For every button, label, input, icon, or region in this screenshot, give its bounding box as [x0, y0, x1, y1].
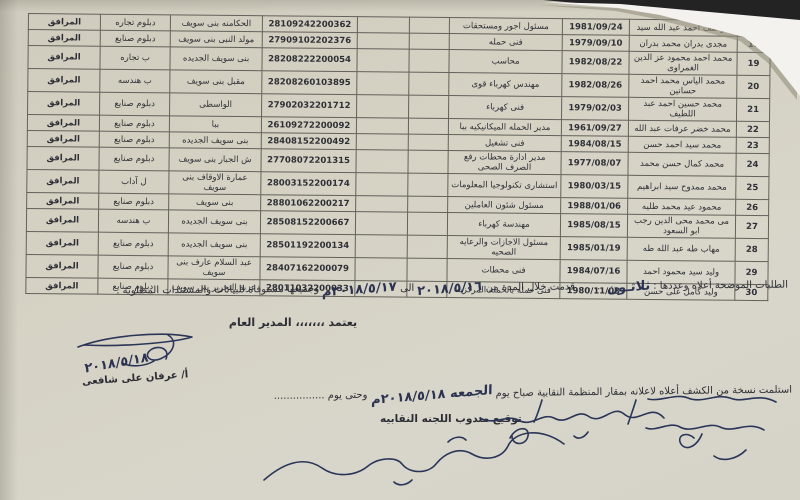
cell-no: 18: [737, 36, 770, 52]
cell-dob: 1984/08/15: [561, 136, 628, 153]
cell-name: محمد ممدوح سيد ابراهيم: [628, 175, 736, 199]
cell-e1: [356, 173, 408, 196]
cell-stamp: المرافق: [28, 69, 100, 93]
cell-no: 22: [736, 121, 769, 137]
cell-job: فنى كهرباء: [449, 96, 562, 120]
cell-addr: الحكامنه بنى سويف: [170, 15, 262, 32]
cell-dob: 1977/08/07: [561, 152, 628, 176]
cell-job: فنى حمله: [449, 34, 562, 51]
cell-e1: [357, 72, 409, 95]
cell-qual: دبلوم صنايع: [99, 131, 169, 148]
summary-dots: ........: [578, 281, 604, 292]
cell-name: محمد حسين احمد عبد اللطيف: [628, 97, 736, 121]
cell-no: 20: [737, 75, 770, 98]
delegate-signature-label: توقيع مندوب اللجنه النقابيه: [380, 413, 522, 425]
cell-stamp: المرافق: [27, 192, 99, 209]
cell-qual: دبلوم صنايع: [98, 232, 168, 256]
cell-e2: [408, 173, 448, 196]
cell-name: محمد سيد احمد حسن: [628, 136, 736, 153]
cell-no: 21: [736, 98, 769, 121]
cell-id: 28801062200217: [261, 195, 356, 212]
cell-qual: دبلوم تجاره: [100, 14, 170, 31]
cell-no: 23: [736, 137, 769, 153]
cell-addr: مقبل بنى سويف: [170, 70, 262, 94]
cell-e1: [355, 235, 407, 258]
cell-dob: 1980/03/15: [561, 175, 628, 199]
cell-stamp: المرافق: [26, 254, 98, 278]
cell-dob: 1981/09/24: [562, 19, 629, 36]
cell-e2: [408, 118, 448, 134]
cell-qual: ل آداب: [99, 170, 169, 194]
cell-dob: 1985/01/19: [560, 237, 627, 261]
cell-name: محمد احمد محمود عز الدين الغمراوى: [629, 51, 737, 75]
cell-stamp: المرافق: [26, 208, 98, 232]
cell-e1: [356, 134, 408, 150]
summary-prefix: الطلبات الموضحة أعلاه وعددها :: [653, 280, 788, 292]
cell-e2: [407, 258, 447, 281]
cell-stamp: المرافق: [28, 30, 100, 47]
summary-period: قدمت خلال المدة من: [486, 281, 575, 293]
cell-job: مدير الحمله الميكانيكيه ببا: [448, 119, 561, 136]
cell-name: مجدى بدران محمد بدران: [629, 35, 737, 52]
cell-stamp: المرافق: [27, 130, 99, 147]
cell-addr: بنى سويف الجديده: [168, 233, 260, 257]
cell-qual: دبلوم صنايع: [99, 115, 169, 132]
cell-e2: [409, 72, 449, 95]
cell-e1: [357, 17, 409, 33]
cell-addr: بنى سويف: [169, 194, 261, 211]
cell-addr: عبد السلام عارف بنى سويف: [168, 256, 260, 280]
cell-qual: دبلوم صنايع: [99, 193, 169, 210]
receipt-until: وحتى يوم ................: [274, 390, 368, 402]
cell-id: 27909102202376: [262, 32, 357, 49]
cell-job: مسئول اجور ومستحقات: [449, 18, 562, 35]
cell-dob: 1961/09/27: [561, 120, 628, 137]
cell-addr: ببا: [169, 116, 261, 133]
summary-to: الى: [400, 283, 414, 294]
cell-id: 28208260103895: [262, 71, 357, 95]
cell-qual: ب هندسه: [98, 209, 168, 233]
cell-id: 28208222200054: [262, 48, 357, 72]
applicants-table-grid: عواطف احمد عبد الله سيد1981/09/24مسئول ا…: [25, 13, 771, 301]
cell-dob: 1979/09/10: [562, 35, 629, 52]
cell-id: 27708072201315: [261, 149, 356, 173]
table-body: عواطف احمد عبد الله سيد1981/09/24مسئول ا…: [26, 14, 771, 301]
summary-closing: وجميعها مستوفاة للبيانات والمستندات المط…: [116, 284, 319, 297]
cell-addr: مولد النبى بنى سويف: [170, 31, 262, 48]
cell-addr: عمارة الاوقاف بنى سويف: [169, 171, 261, 195]
approval-text: يعتمد ،،،،،،، المدير العام: [229, 316, 357, 329]
cell-id: 27902032201712: [262, 94, 357, 118]
handwritten-count: ثلاثـون: [607, 279, 651, 295]
cell-stamp: المرافق: [27, 169, 99, 193]
cell-stamp: المرافق: [28, 92, 100, 116]
cell-dob: 1988/01/06: [561, 198, 628, 215]
cell-e2: [408, 134, 448, 150]
cell-stamp: المرافق: [27, 115, 99, 132]
cell-qual: دبلوم صنايع: [98, 255, 168, 279]
cell-no: 27: [735, 215, 768, 238]
cell-e1: [357, 95, 409, 118]
cell-id: 28501192200134: [260, 234, 355, 258]
cell-job: مهندس كهرباء قوى: [449, 73, 562, 97]
cell-addr: بنى سويف الجديده: [169, 132, 261, 149]
cell-e1: [355, 212, 407, 235]
cell-name: محمد الياس محمد احمد حسانين: [629, 74, 737, 98]
cell-job: استشارى تكنولوجيا المعلومات: [448, 174, 561, 198]
cell-job: مسئول الاجازات والرعايه الصحيه: [447, 236, 560, 260]
cell-no: [737, 20, 770, 36]
cell-qual: ب تجاره: [100, 46, 170, 70]
cell-e1: [356, 196, 408, 212]
cell-job: فنى تشغيل: [448, 135, 561, 152]
cell-e2: [409, 33, 449, 49]
scanned-document: عواطف احمد عبد الله سيد1981/09/24مسئول ا…: [0, 0, 800, 500]
cell-no: 26: [736, 199, 769, 215]
cell-no: 25: [736, 176, 769, 199]
cell-e1: [356, 150, 408, 173]
cell-qual: دبلوم صنايع: [100, 92, 170, 116]
cell-stamp: المرافق: [27, 146, 99, 170]
cell-id: 26109272200092: [261, 117, 356, 134]
cell-name: محمود عيد محمد طليه: [628, 198, 736, 215]
cell-name: مى محمد محى الدين رجب ابو السعود: [627, 214, 735, 238]
cell-e2: [408, 150, 448, 173]
cell-addr: ش الجبار بنى سويف: [169, 148, 261, 172]
cell-addr: بنى سويف الجديده: [168, 210, 260, 234]
receipt-text: استلمت نسخة من الكشف أعلاه لاعلانه بمقار…: [495, 385, 792, 400]
cell-e1: [355, 258, 407, 281]
cell-job: مهندسة كهرباء: [447, 213, 560, 237]
cell-e2: [407, 212, 447, 235]
cell-no: 19: [737, 52, 770, 75]
approval-line: يعتمد ،،،،،،، المدير العام: [198, 316, 388, 329]
cell-stamp: المرافق: [28, 14, 100, 31]
cell-e1: [357, 49, 409, 72]
cell-qual: دبلوم صنايع: [100, 30, 170, 47]
cell-dob: 1982/08/26: [562, 74, 629, 98]
cell-job: محاسب: [449, 50, 562, 74]
cell-stamp: المرافق: [28, 46, 100, 70]
cell-id: 28407162200079: [260, 257, 355, 281]
cell-name: محمد كمال حسن محمد: [628, 152, 736, 176]
cell-e1: [357, 33, 409, 49]
cell-id: 28003152200174: [261, 172, 356, 196]
cell-no: 28: [735, 238, 768, 261]
cell-addr: بنى سويف الجديده: [170, 47, 262, 71]
cell-dob: 1985/08/15: [560, 214, 627, 238]
cell-e1: [356, 118, 408, 134]
cell-no: 24: [736, 153, 769, 176]
cell-e2: [409, 17, 449, 33]
cell-name: عواطف احمد عبد الله سيد: [629, 19, 737, 36]
cell-job: مدير ادارة محطات رفع الصرف الصحى: [448, 151, 561, 175]
cell-id: 28408152200492: [261, 133, 356, 150]
applicants-table: عواطف احمد عبد الله سيد1981/09/24مسئول ا…: [25, 13, 770, 301]
cell-qual: ب هندسه: [100, 69, 170, 93]
cell-dob: 1979/02/03: [562, 97, 629, 121]
cell-name: محمد خضر عرفات عبد الله: [628, 120, 736, 137]
cell-id: 28109242200362: [262, 16, 357, 33]
cell-dob: 1982/08/22: [562, 51, 629, 75]
cell-qual: دبلوم صنايع: [99, 147, 169, 171]
cell-e2: [408, 196, 448, 212]
cell-addr: الواسطى: [170, 93, 262, 117]
cell-name: مهاب طه عبد الله طه: [627, 237, 735, 261]
cell-id: 28508152200667: [260, 211, 355, 235]
cell-job: فنى محطات: [447, 259, 560, 283]
cell-stamp: المرافق: [26, 231, 98, 255]
cell-e2: [409, 95, 449, 118]
cell-job: مسئول شئون العاملين: [448, 197, 561, 214]
cell-e2: [409, 49, 449, 72]
cell-e2: [407, 235, 447, 258]
